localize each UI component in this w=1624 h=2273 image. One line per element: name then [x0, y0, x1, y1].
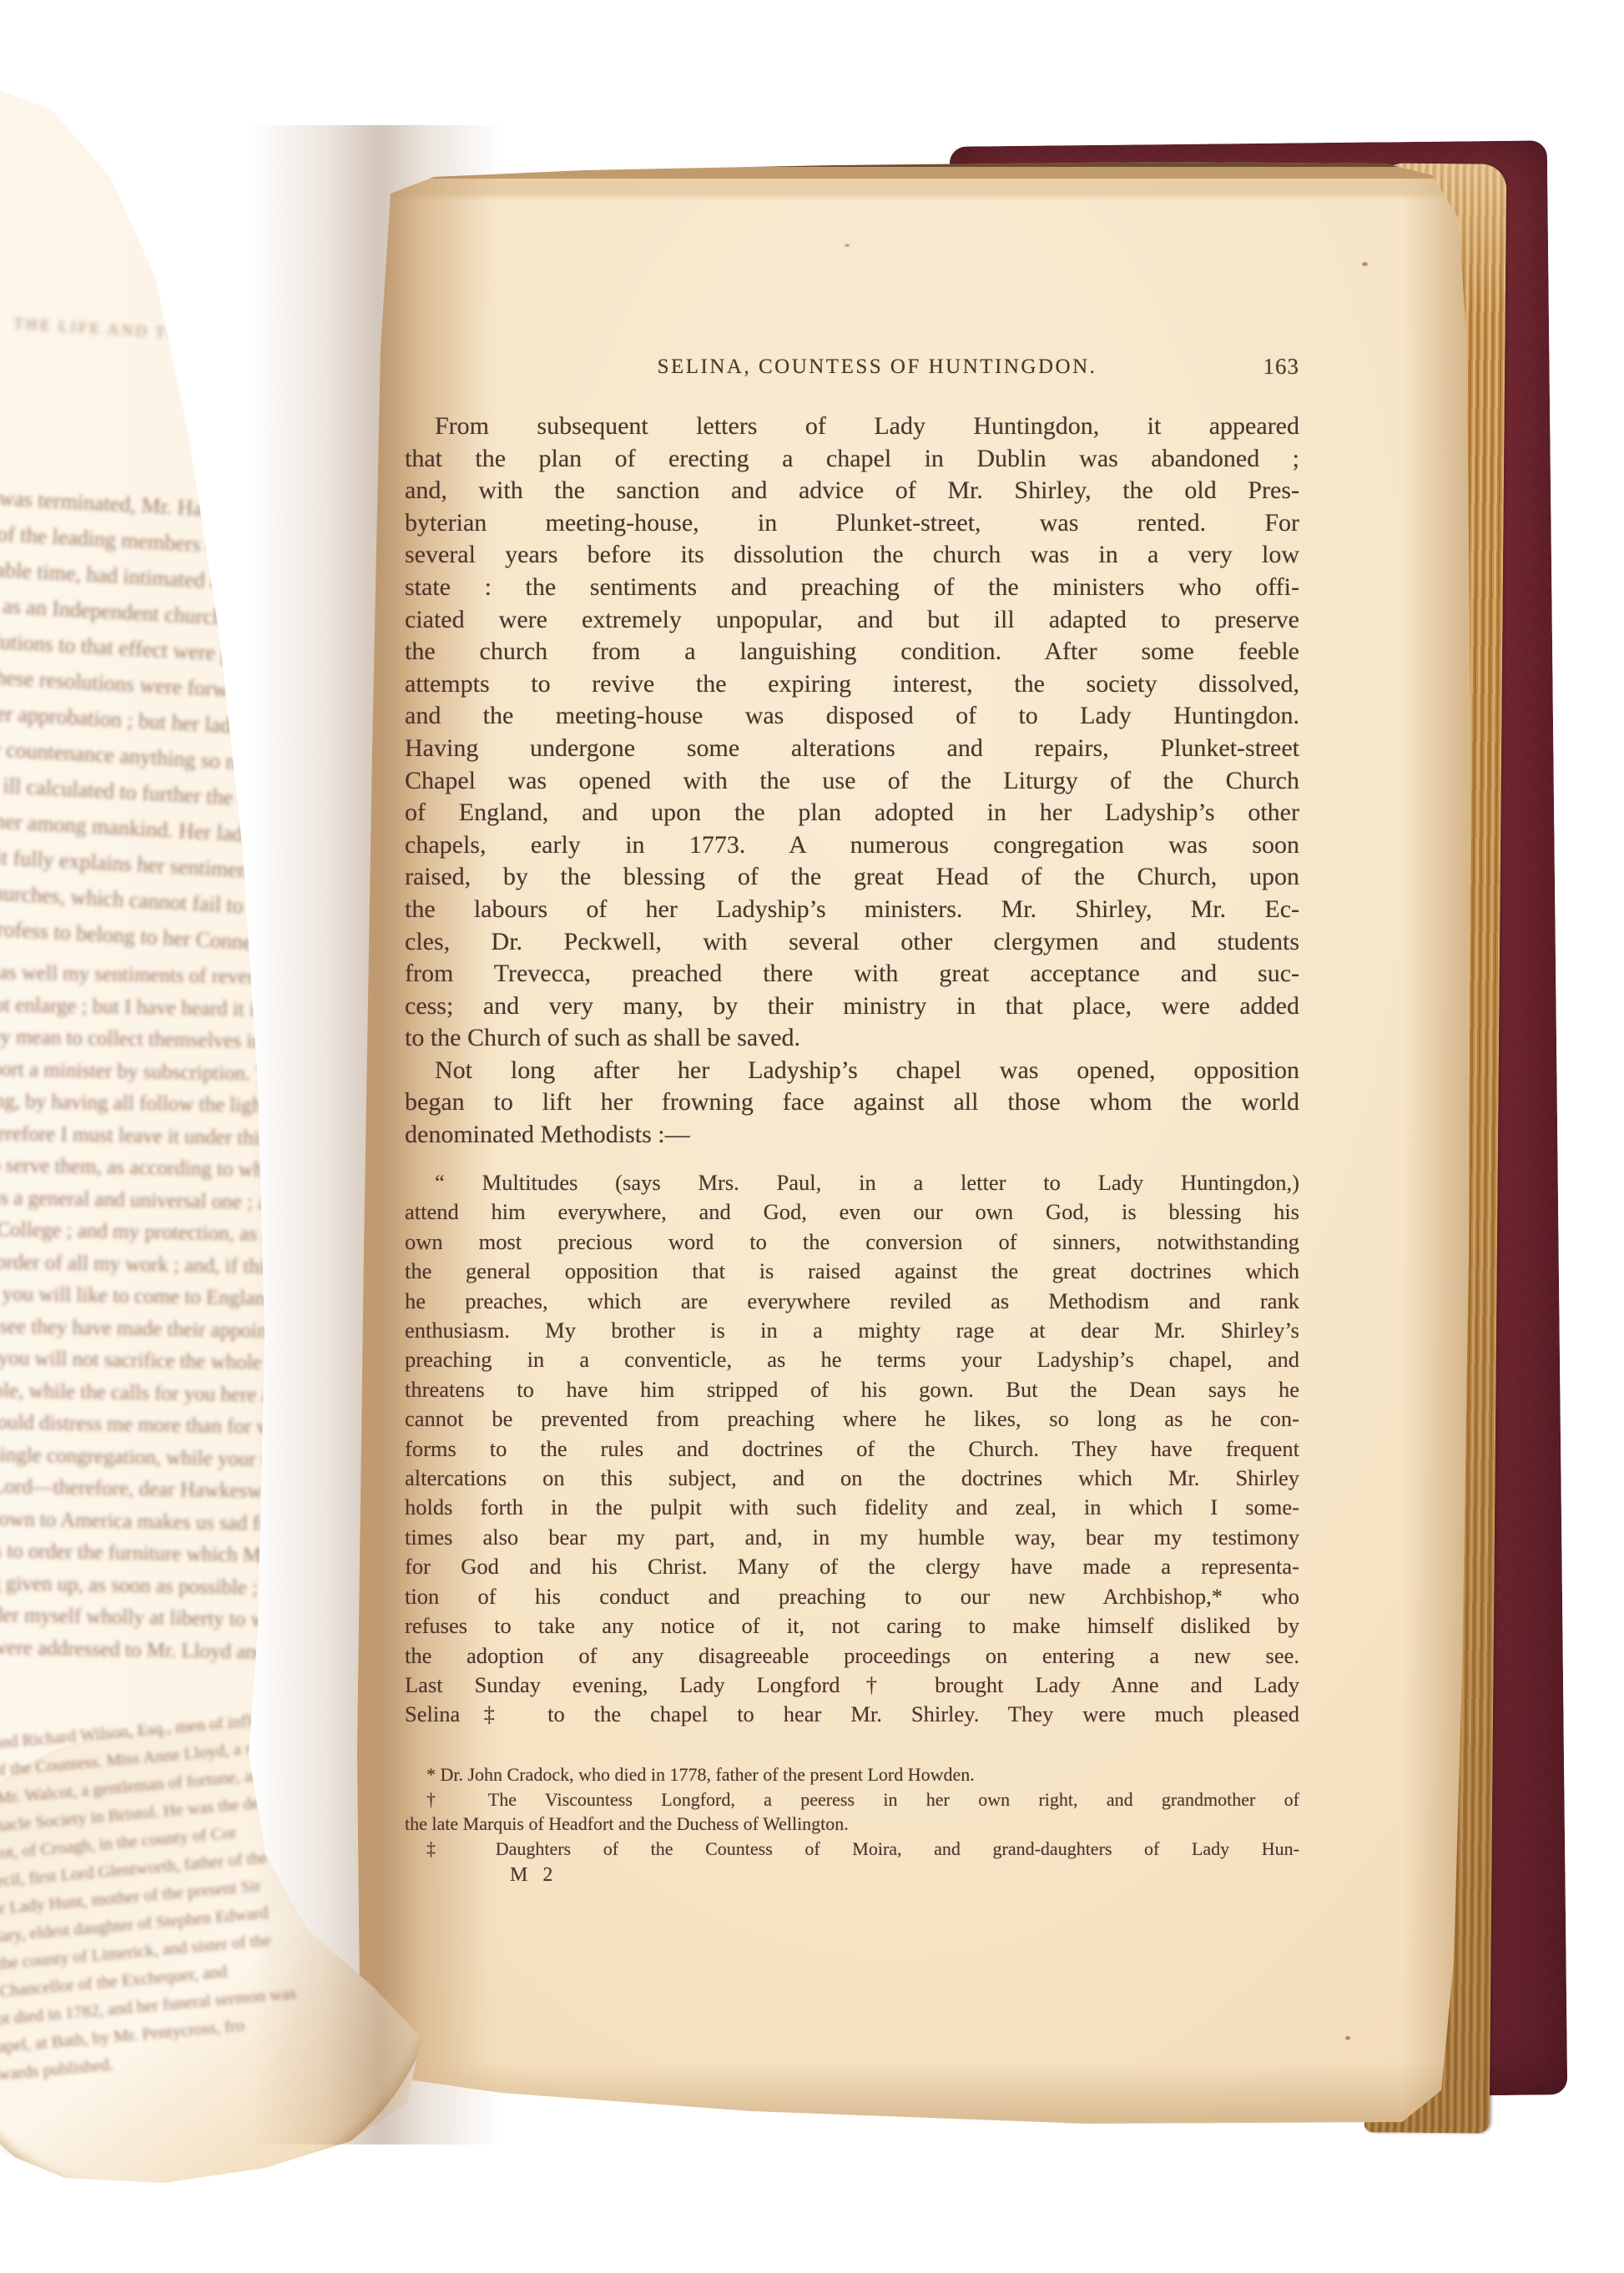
text-line: Not long after her Ladyship’s chapel was…	[405, 1055, 1299, 1087]
text-line: * Dr. John Cradock, who died in 1778, fa…	[405, 1762, 1299, 1787]
text-line: own most precious word to the conversion…	[405, 1227, 1299, 1257]
signature-mark: M 2	[510, 1864, 557, 1887]
text-line: cess; and very many, by their ministry i…	[405, 990, 1299, 1023]
text-line: raised, by the blessing of the great Hea…	[405, 861, 1299, 894]
text-line: holds forth in the pulpit with such fide…	[405, 1493, 1299, 1522]
text-line: the general opposition that is raised ag…	[405, 1257, 1299, 1286]
text-line: times also bear my part, and, in my humb…	[405, 1523, 1299, 1552]
text-line: to the Church of such as shall be saved.	[405, 1022, 1299, 1055]
text-line: and, with the sanction and advice of Mr.…	[405, 475, 1299, 507]
text-line: † The Viscountess Longford, a peeress in…	[405, 1787, 1299, 1812]
text-line: for God and his Christ. Many of the cler…	[405, 1552, 1299, 1581]
page-speck	[1362, 262, 1368, 266]
text-line: the labours of her Ladyship’s ministers.…	[405, 894, 1299, 926]
text-line: from Trevecca, preached there with great…	[405, 958, 1299, 990]
text-line: cannot be prevented from preaching where…	[405, 1404, 1299, 1434]
text-line: denominated Methodists :—	[405, 1119, 1299, 1152]
text-line: Chapel was opened with the use of the Li…	[405, 765, 1299, 798]
text-line: preaching in a conventicle, as he terms …	[405, 1345, 1299, 1374]
text-line: state : the sentiments and preaching of …	[405, 572, 1299, 604]
text-line: attempts to revive the expiring interest…	[405, 668, 1299, 701]
text-line: ciated were extremely unpopular, and but…	[405, 604, 1299, 637]
text-line: of England, and upon the plan adopted in…	[405, 797, 1299, 829]
book-photo: THE LIFE AND TIMES OF ing was terminated…	[0, 0, 1624, 2273]
text-line: refuses to take any notice of it, not ca…	[405, 1611, 1299, 1640]
running-head-title: SELINA, COUNTESS OF HUNTINGDON.	[430, 355, 1324, 379]
text-line: ‡ Daughters of the Countess of Moira, an…	[405, 1837, 1299, 1862]
body-paragraphs: From subsequent letters of Lady Huntingd…	[405, 411, 1299, 1152]
right-page-text: SELINA, COUNTESS OF HUNTINGDON. 163 From…	[0, 0, 1624, 2273]
text-line: that the plan of erecting a chapel in Du…	[405, 443, 1299, 476]
text-line: the church from a languishing condition.…	[405, 636, 1299, 668]
text-line: Selina‡ to the chapel to hear Mr. Shirle…	[405, 1700, 1299, 1729]
text-line: forms to the rules and doctrines of the …	[405, 1434, 1299, 1464]
text-line: cles, Dr. Peckwell, with several other c…	[405, 926, 1299, 959]
text-line: began to lift her frowning face against …	[405, 1086, 1299, 1119]
text-line: Last Sunday evening, Lady Longford† brou…	[405, 1671, 1299, 1700]
text-line: chapels, early in 1773. A numerous congr…	[405, 829, 1299, 862]
text-line: “ Multitudes (says Mrs. Paul, in a lette…	[405, 1168, 1299, 1197]
text-line: the adoption of any disagreeable proceed…	[405, 1641, 1299, 1671]
text-line: the late Marquis of Headfort and the Duc…	[405, 1812, 1299, 1837]
text-line: attend him everywhere, and God, even our…	[405, 1197, 1299, 1227]
page-speck	[1345, 2036, 1350, 2040]
text-line: altercations on this subject, and on the…	[405, 1464, 1299, 1493]
page-speck	[845, 244, 850, 247]
text-line: he preaches, which are everywhere revile…	[405, 1287, 1299, 1316]
letter-quote-block: “ Multitudes (says Mrs. Paul, in a lette…	[405, 1168, 1299, 1730]
text-line: From subsequent letters of Lady Huntingd…	[405, 411, 1299, 443]
text-line: tion of his conduct and preaching to our…	[405, 1582, 1299, 1611]
text-line: enthusiasm. My brother is in a mighty ra…	[405, 1316, 1299, 1345]
text-line: threatens to have him stripped of his go…	[405, 1375, 1299, 1404]
running-head: SELINA, COUNTESS OF HUNTINGDON. 163	[405, 355, 1299, 389]
text-line: byterian meeting-house, in Plunket-stree…	[405, 507, 1299, 540]
page-number: 163	[1263, 354, 1300, 380]
text-line: several years before its dissolution the…	[405, 539, 1299, 572]
footnotes: * Dr. John Cradock, who died in 1778, fa…	[405, 1762, 1299, 1861]
text-line: and the meeting-house was disposed of to…	[405, 700, 1299, 733]
text-line: Having undergone some alterations and re…	[405, 733, 1299, 765]
